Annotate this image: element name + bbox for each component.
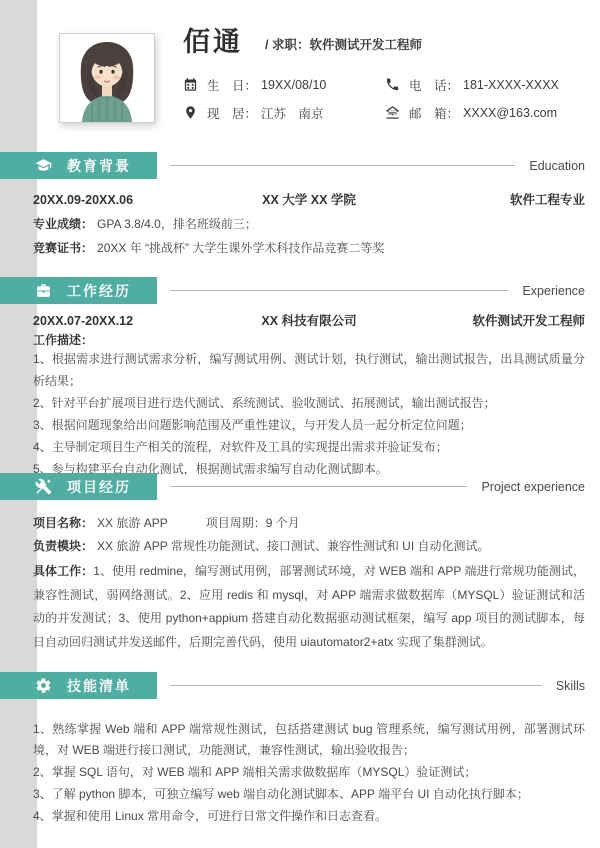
contact-label: 电 话： — [409, 76, 459, 94]
skill-item: 4、掌握和使用 Linux 常用命令，可进行日常文件操作和日志查看。 — [33, 806, 585, 827]
contact-value: XXXX@163.com — [463, 106, 557, 120]
project-detail-label: 具体工作： — [33, 564, 93, 578]
education-banner: 教育背景 — [0, 152, 157, 179]
cert-label: 竞赛证书： — [33, 241, 93, 255]
contact-value: 江苏 南京 — [261, 104, 324, 122]
education-cert-row: 竞赛证书：20XX 年 “挑战杯” 大学生课外学术科技作品竞赛二等奖 — [33, 241, 585, 256]
section-label-en: Experience — [522, 284, 585, 298]
score-value: GPA 3.8/4.0，排名班级前三； — [97, 217, 257, 231]
contact-label: 现 居： — [207, 104, 257, 122]
section-rule — [170, 290, 508, 291]
profile-photo — [59, 33, 155, 123]
project-module: XX 旅游 APP 常规性功能测试、接口测试、兼容性测试和 UI 自动化测试。 — [97, 539, 489, 553]
score-label: 专业成绩： — [33, 217, 93, 231]
contact-residence: 现 居： 江苏 南京 — [183, 105, 385, 120]
work-items: 1、根据需求进行测试需求分析，编写测试用例、测试计划，执行测试，输出测试报告，出… — [33, 348, 585, 480]
project-period: 9 个月 — [266, 516, 300, 530]
contact-email: 邮 箱： XXXX@163.com — [385, 105, 559, 120]
graduation-cap-icon — [35, 157, 52, 174]
skills-banner: 技能清单 — [0, 672, 157, 699]
location-pin-icon — [183, 105, 198, 120]
work-banner: 工作经历 — [0, 277, 157, 304]
section-title: 项目经历 — [67, 477, 131, 497]
section-work: 工作经历 Experience 20XX.07-20XX.12 XX 科技有限公… — [0, 277, 600, 480]
section-skills: 技能清单 Skills 1、熟练掌握 Web 端和 APP 端常规性测试，包括搭… — [0, 672, 600, 828]
project-period-label: 项目周期： — [206, 516, 266, 530]
work-item: 2、针对平台扩展项目进行迭代测试、系统测试、验收测试、拓展测试，输出测试报告； — [33, 392, 585, 414]
section-title: 教育背景 — [67, 156, 131, 176]
candidate-name: 佰通 — [183, 29, 243, 56]
gear-icon — [35, 677, 52, 694]
project-name: XX 旅游 APP — [97, 516, 168, 530]
work-summary-row: 20XX.07-20XX.12 XX 科技有限公司 软件测试开发工程师 — [33, 311, 585, 329]
work-period: 20XX.07-20XX.12 — [33, 314, 217, 328]
education-period: 20XX.09-20XX.06 — [33, 193, 217, 207]
section-rule — [170, 486, 467, 487]
project-header: 项目经历 Project experience — [0, 473, 600, 500]
section-rule — [170, 685, 542, 686]
briefcase-icon — [35, 282, 52, 299]
cert-value: 20XX 年 “挑战杯” 大学生课外学术科技作品竞赛二等奖 — [97, 241, 384, 255]
education-summary-row: 20XX.09-20XX.06 XX 大学 XX 学院 软件工程专业 — [33, 190, 585, 208]
contact-label: 生 日： — [207, 76, 257, 94]
contact-value: 19XX/08/10 — [261, 78, 326, 92]
wrench-screwdriver-icon — [35, 478, 52, 495]
project-name-label: 项目名称： — [33, 516, 93, 530]
section-title: 技能清单 — [67, 676, 131, 696]
education-school: XX 大学 XX 学院 — [217, 190, 401, 208]
work-desc-label: 工作描述： — [33, 333, 585, 348]
section-label-en: Project experience — [481, 480, 585, 494]
skill-item: 1、熟练掌握 Web 端和 APP 端常规性测试，包括搭建测试 bug 管理系统… — [33, 719, 585, 760]
project-detail-text: 1、使用 redmine，编写测试用例，部署测试环境，对 WEB 端和 APP … — [33, 564, 585, 649]
skill-items: 1、熟练掌握 Web 端和 APP 端常规性测试，包括搭建测试 bug 管理系统… — [33, 719, 585, 826]
contact-birthday: 生 日： 19XX/08/10 — [183, 77, 385, 92]
envelope-icon — [385, 105, 400, 120]
avatar-illustration — [60, 34, 154, 122]
work-item: 4、主导制定项目生产相关的流程，对软件及工具的实现提出需求并验证发布； — [33, 436, 585, 458]
skill-item: 3、了解 python 脚本，可独立编写 web 端自动化测试脚本、APP 端平… — [33, 784, 585, 805]
phone-icon — [385, 77, 400, 92]
education-major: 软件工程专业 — [401, 190, 585, 208]
section-label-en: Skills — [556, 679, 585, 693]
work-item: 1、根据需求进行测试需求分析，编写测试用例、测试计划，执行测试，输出测试报告，出… — [33, 348, 585, 392]
section-project: 项目经历 Project experience 项目名称：XX 旅游 APP 项… — [0, 473, 600, 654]
project-module-label: 负责模块： — [33, 539, 93, 553]
project-name-row: 项目名称：XX 旅游 APP 项目周期：9 个月 — [33, 516, 585, 531]
calendar-icon — [183, 77, 198, 92]
section-title: 工作经历 — [67, 281, 131, 301]
project-detail: 具体工作：1、使用 redmine，编写测试用例，部署测试环境，对 WEB 端和… — [33, 560, 585, 654]
work-item: 3、根据问题现象给出问题影响范围及严重性建议，与开发人员一起分析定位问题； — [33, 414, 585, 436]
contact-value: 181-XXXX-XXXX — [463, 78, 559, 92]
section-education: 教育背景 Education 20XX.09-20XX.06 XX 大学 XX … — [0, 152, 600, 256]
skills-header: 技能清单 Skills — [0, 672, 600, 699]
section-rule — [170, 165, 515, 166]
work-role: 软件测试开发工程师 — [401, 311, 585, 329]
contact-phone: 电 话： 181-XXXX-XXXX — [385, 77, 559, 92]
project-banner: 项目经历 — [0, 473, 157, 500]
resume-page: 佰通 / 求职：软件测试开发工程师 生 日： 19XX/08/10 电 话： 1… — [0, 0, 600, 848]
work-company: XX 科技有限公司 — [217, 311, 401, 329]
skill-item: 2、掌握 SQL 语句，对 WEB 端和 APP 端相关需求做数据库（MYSQL… — [33, 762, 585, 783]
education-score-row: 专业成绩：GPA 3.8/4.0，排名班级前三； — [33, 217, 585, 232]
education-header: 教育背景 Education — [0, 152, 600, 179]
project-module-row: 负责模块：XX 旅游 APP 常规性功能测试、接口测试、兼容性测试和 UI 自动… — [33, 539, 585, 554]
contact-info: 生 日： 19XX/08/10 电 话： 181-XXXX-XXXX 现 居： … — [183, 77, 559, 120]
work-header: 工作经历 Experience — [0, 277, 600, 304]
header-name-row: 佰通 / 求职：软件测试开发工程师 — [183, 29, 422, 56]
section-label-en: Education — [529, 159, 585, 173]
job-target: / 求职：软件测试开发工程师 — [265, 35, 422, 56]
contact-label: 邮 箱： — [409, 104, 459, 122]
